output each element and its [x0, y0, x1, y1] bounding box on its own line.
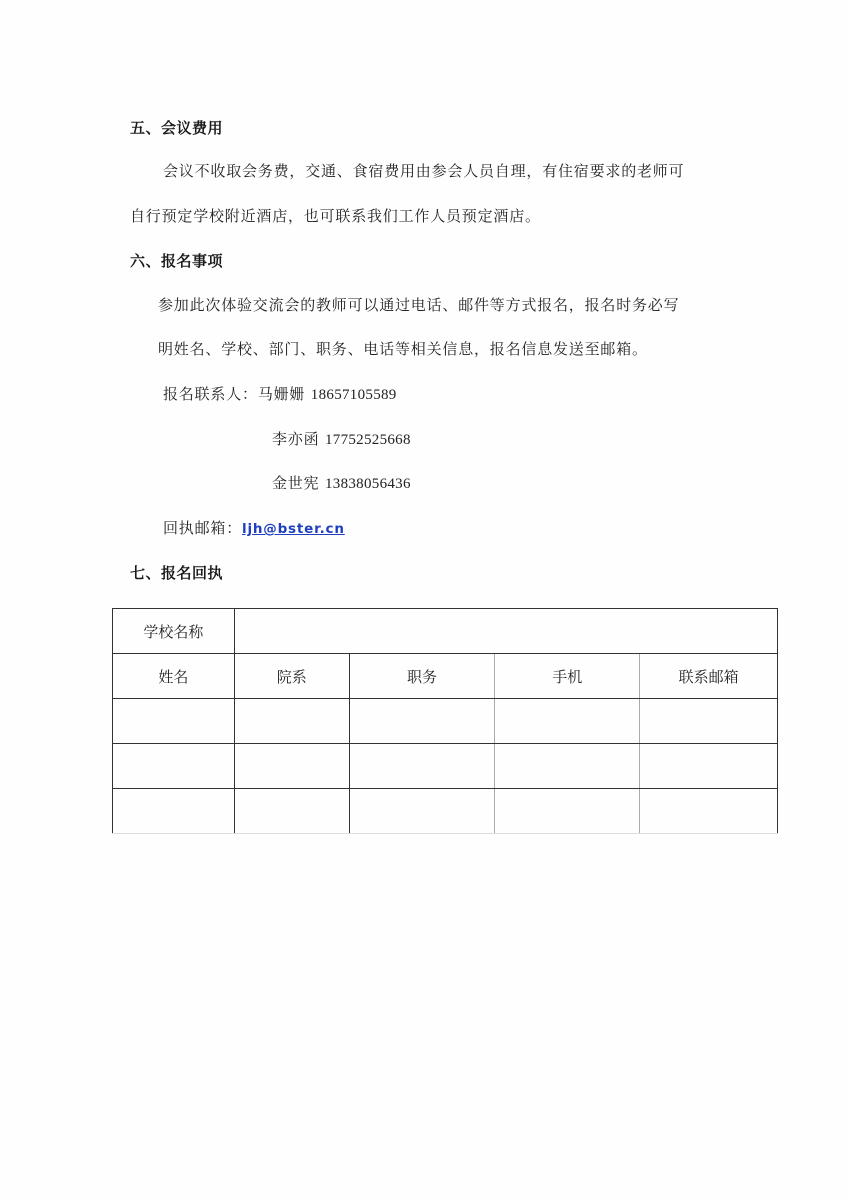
- contact-name: 李亦函: [272, 430, 319, 448]
- table-cell[interactable]: [234, 699, 349, 744]
- header-cell-email: 联系邮箱: [640, 654, 778, 699]
- table-cell[interactable]: [495, 789, 640, 834]
- email-link[interactable]: ljh@bster.cn: [242, 521, 345, 537]
- table-row: [113, 699, 778, 744]
- section-title-fee: 五、会议费用: [130, 117, 223, 138]
- table-cell[interactable]: [349, 744, 495, 789]
- table-cell[interactable]: [234, 744, 349, 789]
- table-cell[interactable]: [495, 744, 640, 789]
- section-title-receipt: 七、报名回执: [130, 562, 223, 583]
- contact-phone: 17752525668: [325, 432, 411, 448]
- table-row: [113, 789, 778, 834]
- school-label-cell: 学校名称: [113, 609, 235, 654]
- table-cell[interactable]: [495, 699, 640, 744]
- table-cell[interactable]: [640, 699, 778, 744]
- table-row: [113, 744, 778, 789]
- table-cell[interactable]: [113, 744, 235, 789]
- header-row: 姓名 院系 职务 手机 联系邮箱: [113, 654, 778, 699]
- school-value-cell[interactable]: [234, 609, 777, 654]
- header-cell-name: 姓名: [113, 654, 235, 699]
- contact-name: 金世宪: [272, 474, 319, 492]
- contact-phone: 13838056436: [325, 476, 411, 492]
- header-cell-department: 院系: [234, 654, 349, 699]
- contact-row-2: 李亦函 17752525668: [272, 428, 411, 449]
- table-cell[interactable]: [113, 789, 235, 834]
- contact-row-3: 金世宪 13838056436: [272, 472, 411, 493]
- contact-row-1: 报名联系人：马姗姗 18657105589: [163, 383, 397, 404]
- table-cell[interactable]: [113, 699, 235, 744]
- table-cell[interactable]: [349, 699, 495, 744]
- table-cell[interactable]: [640, 744, 778, 789]
- contact-phone: 18657105589: [311, 387, 397, 403]
- table-cell[interactable]: [349, 789, 495, 834]
- registration-paragraph-line-1: 参加此次体验交流会的教师可以通过电话、邮件等方式报名，报名时务必写: [158, 294, 679, 315]
- header-cell-position: 职务: [349, 654, 495, 699]
- receipt-table: 学校名称 姓名 院系 职务 手机 联系邮箱: [112, 608, 778, 834]
- contact-label: 报名联系人：: [163, 385, 258, 403]
- table-cell[interactable]: [234, 789, 349, 834]
- section-title-registration: 六、报名事项: [130, 250, 223, 271]
- registration-paragraph-line-2: 明姓名、学校、部门、职务、电话等相关信息，报名信息发送至邮箱。: [158, 338, 648, 359]
- table-cell[interactable]: [640, 789, 778, 834]
- email-label: 回执邮箱：: [163, 519, 242, 537]
- header-cell-phone: 手机: [495, 654, 640, 699]
- school-row: 学校名称: [113, 609, 778, 654]
- fee-paragraph-line-2: 自行预定学校附近酒店，也可联系我们工作人员预定酒店。: [130, 205, 541, 226]
- email-row: 回执邮箱：ljh@bster.cn: [163, 517, 345, 538]
- fee-paragraph-line-1: 会议不收取会务费，交通、食宿费用由参会人员自理，有住宿要求的老师可: [163, 160, 684, 181]
- contact-name: 马姗姗: [258, 385, 305, 403]
